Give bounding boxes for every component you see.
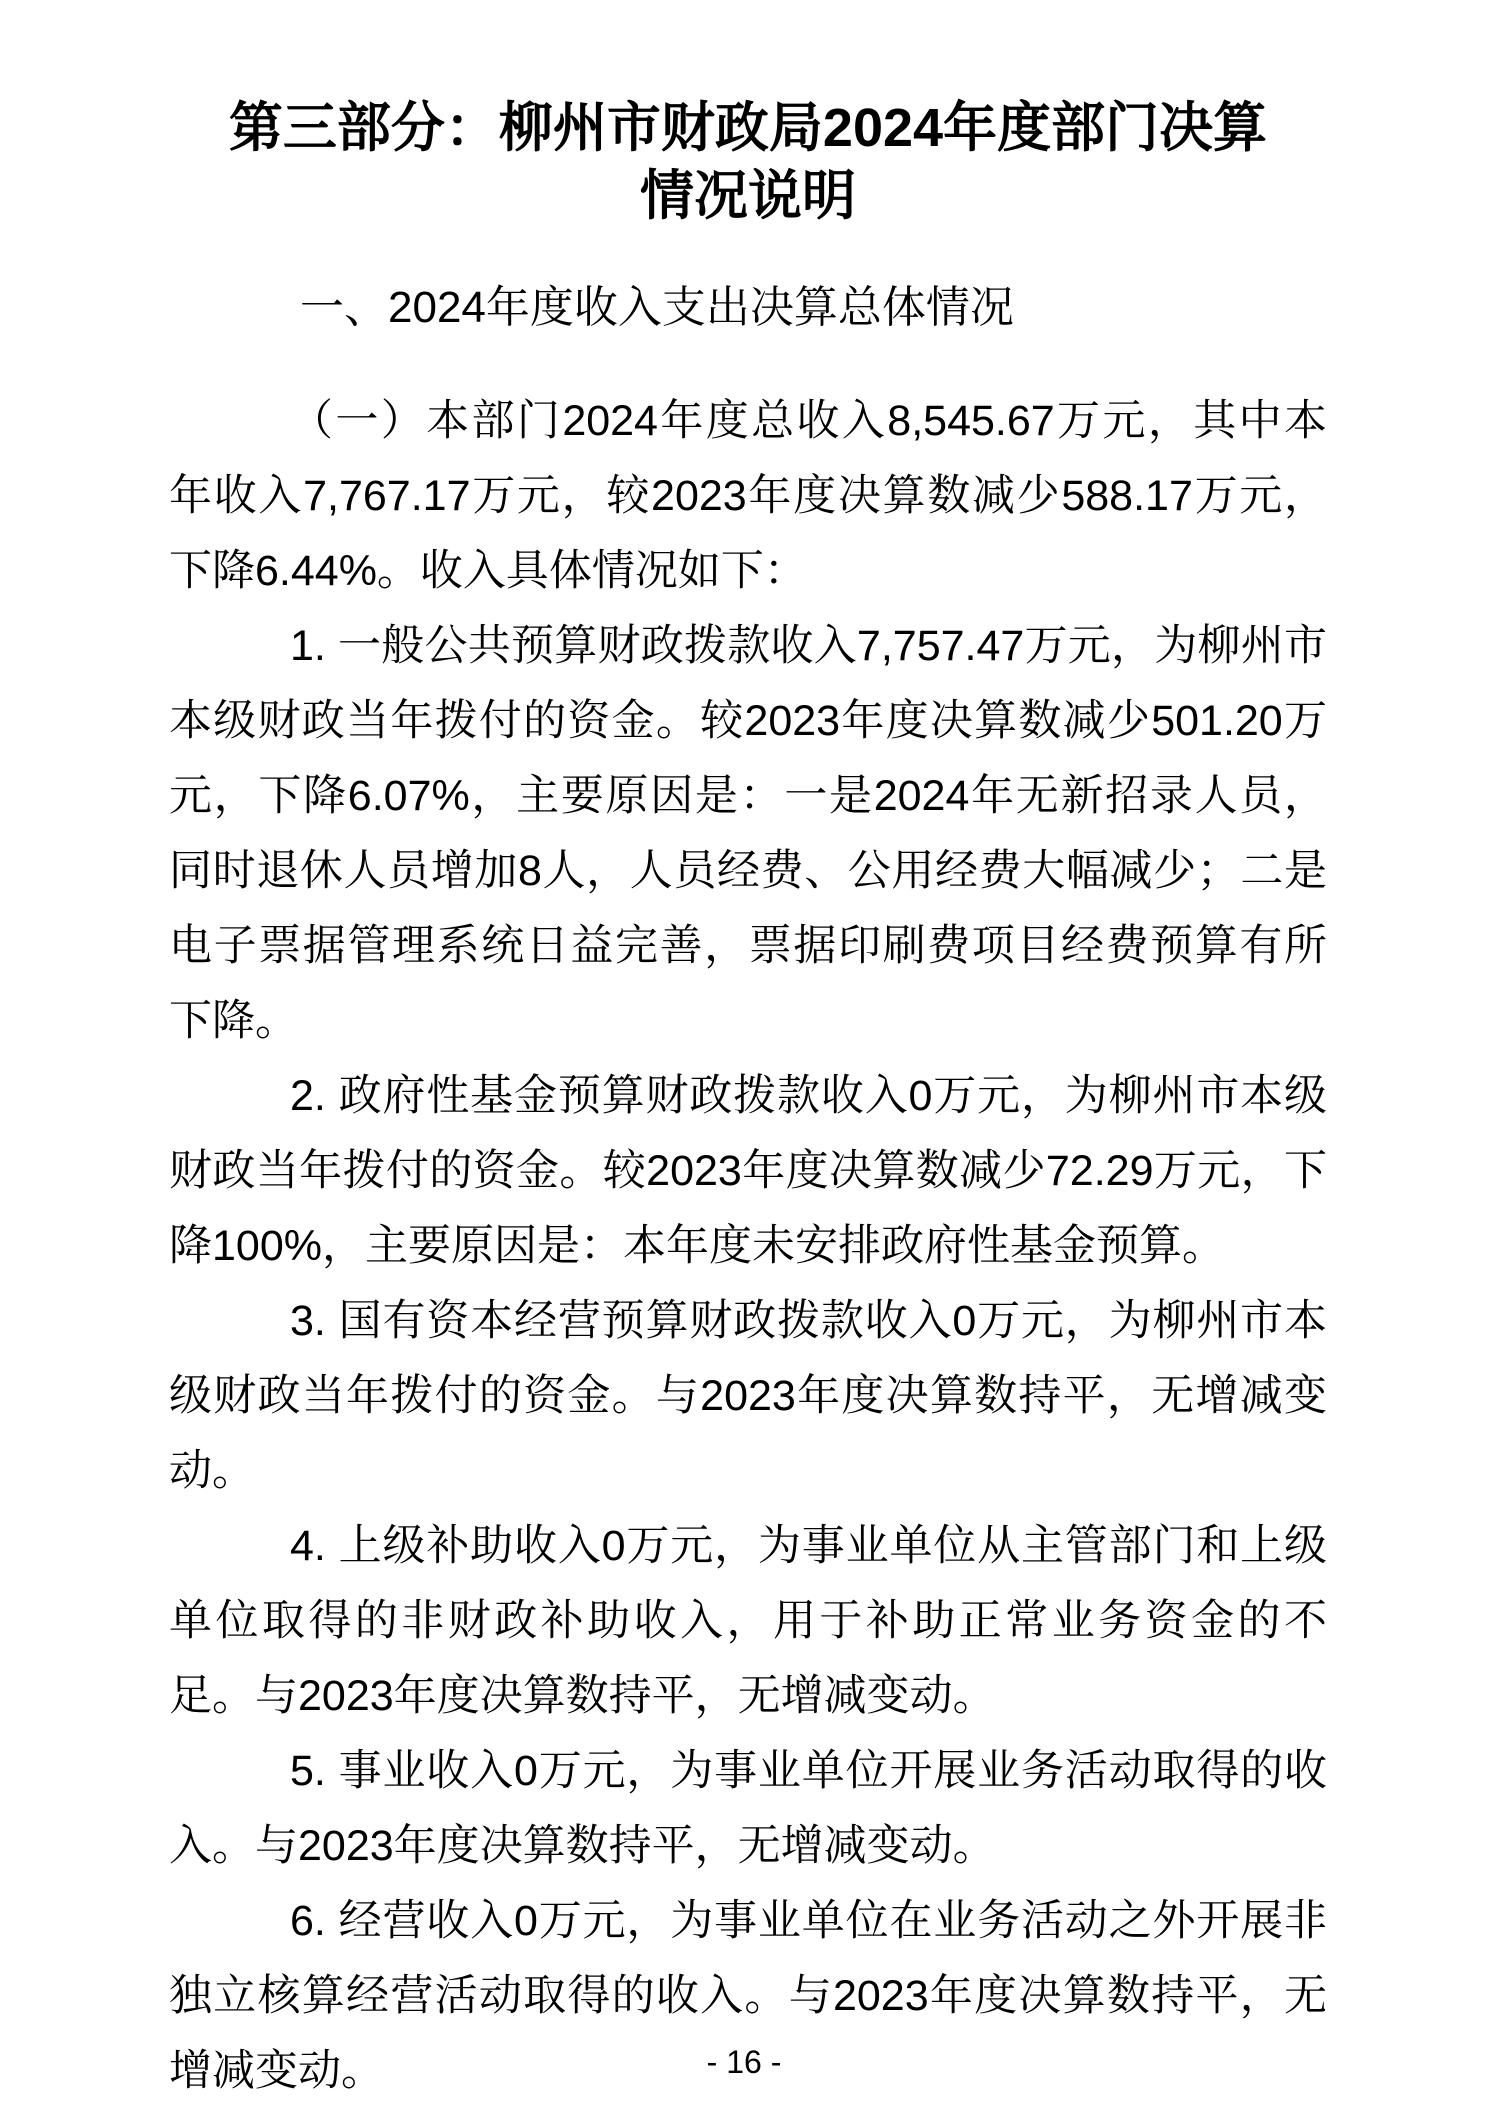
document-page: 第三部分：柳州市财政局2024年度部门决算 情况说明 一、2024年度收入支出决…	[0, 0, 1488, 2104]
paragraph: （一）本部门2024年度总收入8,545.67万元，其中本年收入7,767.17…	[169, 384, 1327, 609]
section-heading: 一、2024年度收入支出决算总体情况	[169, 270, 1327, 345]
document-title-line1: 第三部分：柳州市财政局2024年度部门决算	[169, 94, 1327, 162]
paragraph: 2. 政府性基金预算财政拨款收入0万元，为柳州市本级财政当年拨付的资金。较202…	[169, 1059, 1327, 1284]
paragraph: 4. 上级补助收入0万元，为事业单位从主管部门和上级单位取得的非财政补助收入，用…	[169, 1509, 1327, 1734]
paragraph-container: （一）本部门2024年度总收入8,545.67万元，其中本年收入7,767.17…	[169, 384, 1327, 2104]
document-title-line2: 情况说明	[169, 162, 1327, 230]
paragraph: 5. 事业收入0万元，为事业单位开展业务活动取得的收入。与2023年度决算数持平…	[169, 1734, 1327, 1884]
document-content: 第三部分：柳州市财政局2024年度部门决算 情况说明 一、2024年度收入支出决…	[0, 0, 1488, 2104]
page-number: - 16 -	[0, 2044, 1488, 2080]
paragraph: 1. 一般公共预算财政拨款收入7,757.47万元，为柳州市本级财政当年拨付的资…	[169, 609, 1327, 1059]
document-title: 第三部分：柳州市财政局2024年度部门决算 情况说明	[169, 0, 1327, 230]
paragraph: 3. 国有资本经营预算财政拨款收入0万元，为柳州市本级财政当年拨付的资金。与20…	[169, 1284, 1327, 1509]
